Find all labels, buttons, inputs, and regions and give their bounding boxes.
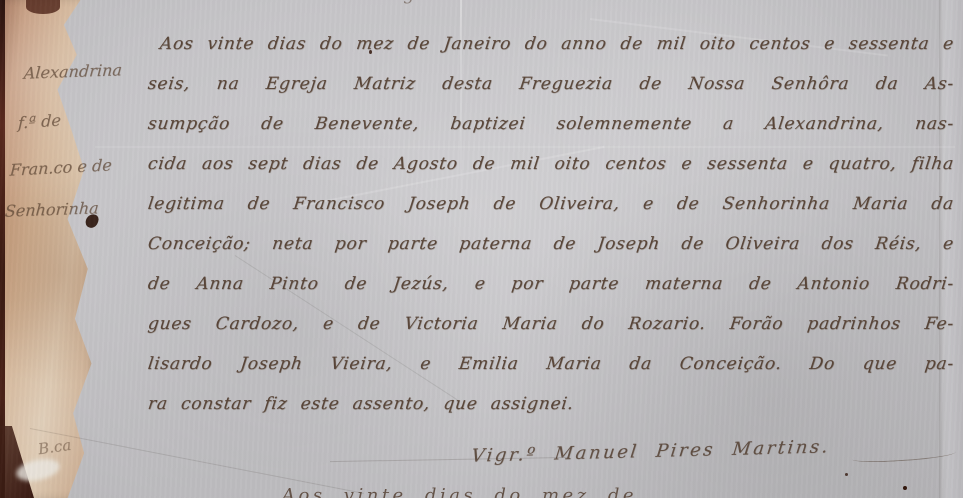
record-line: ra constar fiz este assento, que assigne… <box>146 384 957 424</box>
record-line: sumpção de Benevente, baptizei solemneme… <box>146 104 957 144</box>
record-line: gues Cardozo, e de Victoria Maria do Roz… <box>146 304 957 344</box>
margin-note-filiation-2: Fran.co e de <box>9 155 112 179</box>
previous-entry-fragment: Vigr.º Manuel Pires Martins. <box>380 0 734 5</box>
margin-note-filiation-3: Senhorinha <box>4 198 99 220</box>
margin-note-child-name: Alexandrina <box>23 60 122 82</box>
baptism-record-text: Aos vinte dias do mez de Janeiro do anno… <box>148 24 954 424</box>
record-line: Aos vinte dias do mez de Janeiro do anno… <box>146 24 957 64</box>
vicar-signature: Vigr.º Manuel Pires Martins. <box>470 436 831 466</box>
record-line: cida aos sept dias de Agosto de mil oito… <box>146 144 957 184</box>
record-line: de Anna Pinto de Jezús, e por parte mate… <box>146 264 957 304</box>
next-entry-fragment: Aos vinte dias do mez de … <box>282 485 677 498</box>
ink-speck <box>903 486 907 490</box>
margin-note-filiation-1: f.ª de <box>18 111 62 133</box>
record-line: legitima de Francisco Joseph de Oliveira… <box>146 184 957 224</box>
ink-speck <box>369 50 372 54</box>
ink-speck <box>845 473 848 476</box>
record-line: lisardo Joseph Vieira, e Emilia Maria da… <box>146 344 957 384</box>
record-line: Conceição; neta por parte paterna de Jos… <box>146 224 957 264</box>
manuscript-page: Vigr.º Manuel Pires Martins. Alexandrina… <box>0 0 963 498</box>
record-line: seis, na Egreja Matriz desta Freguezia d… <box>146 64 957 104</box>
binding-notch <box>26 0 60 14</box>
